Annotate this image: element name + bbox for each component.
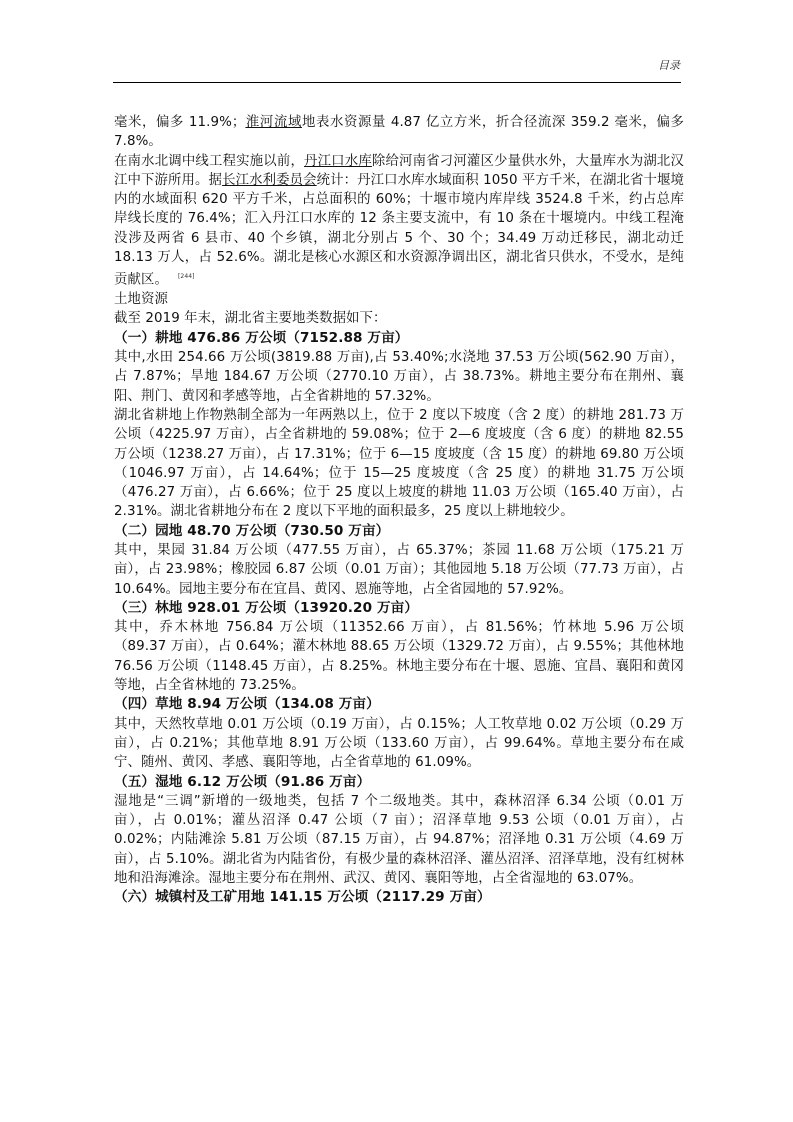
heading-garden-land: （二）园地 48.70 万公顷（730.50 万亩） — [114, 522, 684, 541]
link-changjiang-commission[interactable]: 长江水利委员会 — [222, 173, 317, 188]
paragraph: 其中,水田 254.66 万公顷(3819.88 万亩),占 53.40%;水浇… — [114, 348, 684, 406]
paragraph: 其中，乔木林地 756.84 万公顷（11352.66 万亩），占 81.56%… — [114, 618, 684, 695]
text: 统计：丹江口水库水域面积 1050 平方千米，在湖北省十堰境内的水域面积 620… — [114, 173, 684, 288]
paragraph: 湿地是“三调”新增的一级地类，包括 7 个二级地类。其中，森林沼泽 6.34 公… — [114, 792, 684, 888]
link-danjiangkou-reservoir[interactable]: 丹江口水库 — [304, 154, 372, 169]
header-divider — [113, 82, 681, 83]
header-title: 目录 — [658, 57, 680, 73]
intro-text: 截至 2019 年末，湖北省主要地类数据如下： — [114, 309, 684, 328]
paragraph: 湖北省耕地上作物熟制全部为一年两熟以上，位于 2 度以下坡度（含 2 度）的耕地… — [114, 406, 684, 522]
paragraph-danjiangkou: 在南水北调中线工程实施以前，丹江口水库除给河南省刁河灌区少量供水外，大量库水为湖… — [114, 152, 684, 291]
text: 在南水北调中线工程实施以前， — [114, 154, 304, 169]
heading-wetland: （五）湿地 6.12 万公顷（91.86 万亩） — [114, 773, 684, 792]
text: 毫米，偏多 11.9%； — [114, 115, 245, 130]
heading-urban-industrial-land: （六）城镇村及工矿用地 141.15 万公顷（2117.29 万亩） — [114, 888, 684, 907]
citation-ref[interactable]: [244] — [178, 273, 195, 280]
heading-forest-land: （三）林地 928.01 万公顷（13920.20 万亩） — [114, 599, 684, 618]
paragraph: 其中，果园 31.84 万公顷（477.55 万亩），占 65.37%；茶园 1… — [114, 541, 684, 599]
heading-cultivated-land: （一）耕地 476.86 万公顷（7152.88 万亩） — [114, 329, 684, 348]
document-body: 毫米，偏多 11.9%；淮河流域地表水资源量 4.87 亿立方米，折合径流深 3… — [114, 113, 684, 908]
section-title: 土地资源 — [114, 290, 684, 309]
paragraph-huaihe: 毫米，偏多 11.9%；淮河流域地表水资源量 4.87 亿立方米，折合径流深 3… — [114, 113, 684, 152]
paragraph: 其中，天然牧草地 0.01 万公顷（0.19 万亩），占 0.15%；人工牧草地… — [114, 715, 684, 773]
heading-grassland: （四）草地 8.94 万公顷（134.08 万亩） — [114, 695, 684, 714]
link-huaihe-basin[interactable]: 淮河流域 — [245, 115, 302, 130]
